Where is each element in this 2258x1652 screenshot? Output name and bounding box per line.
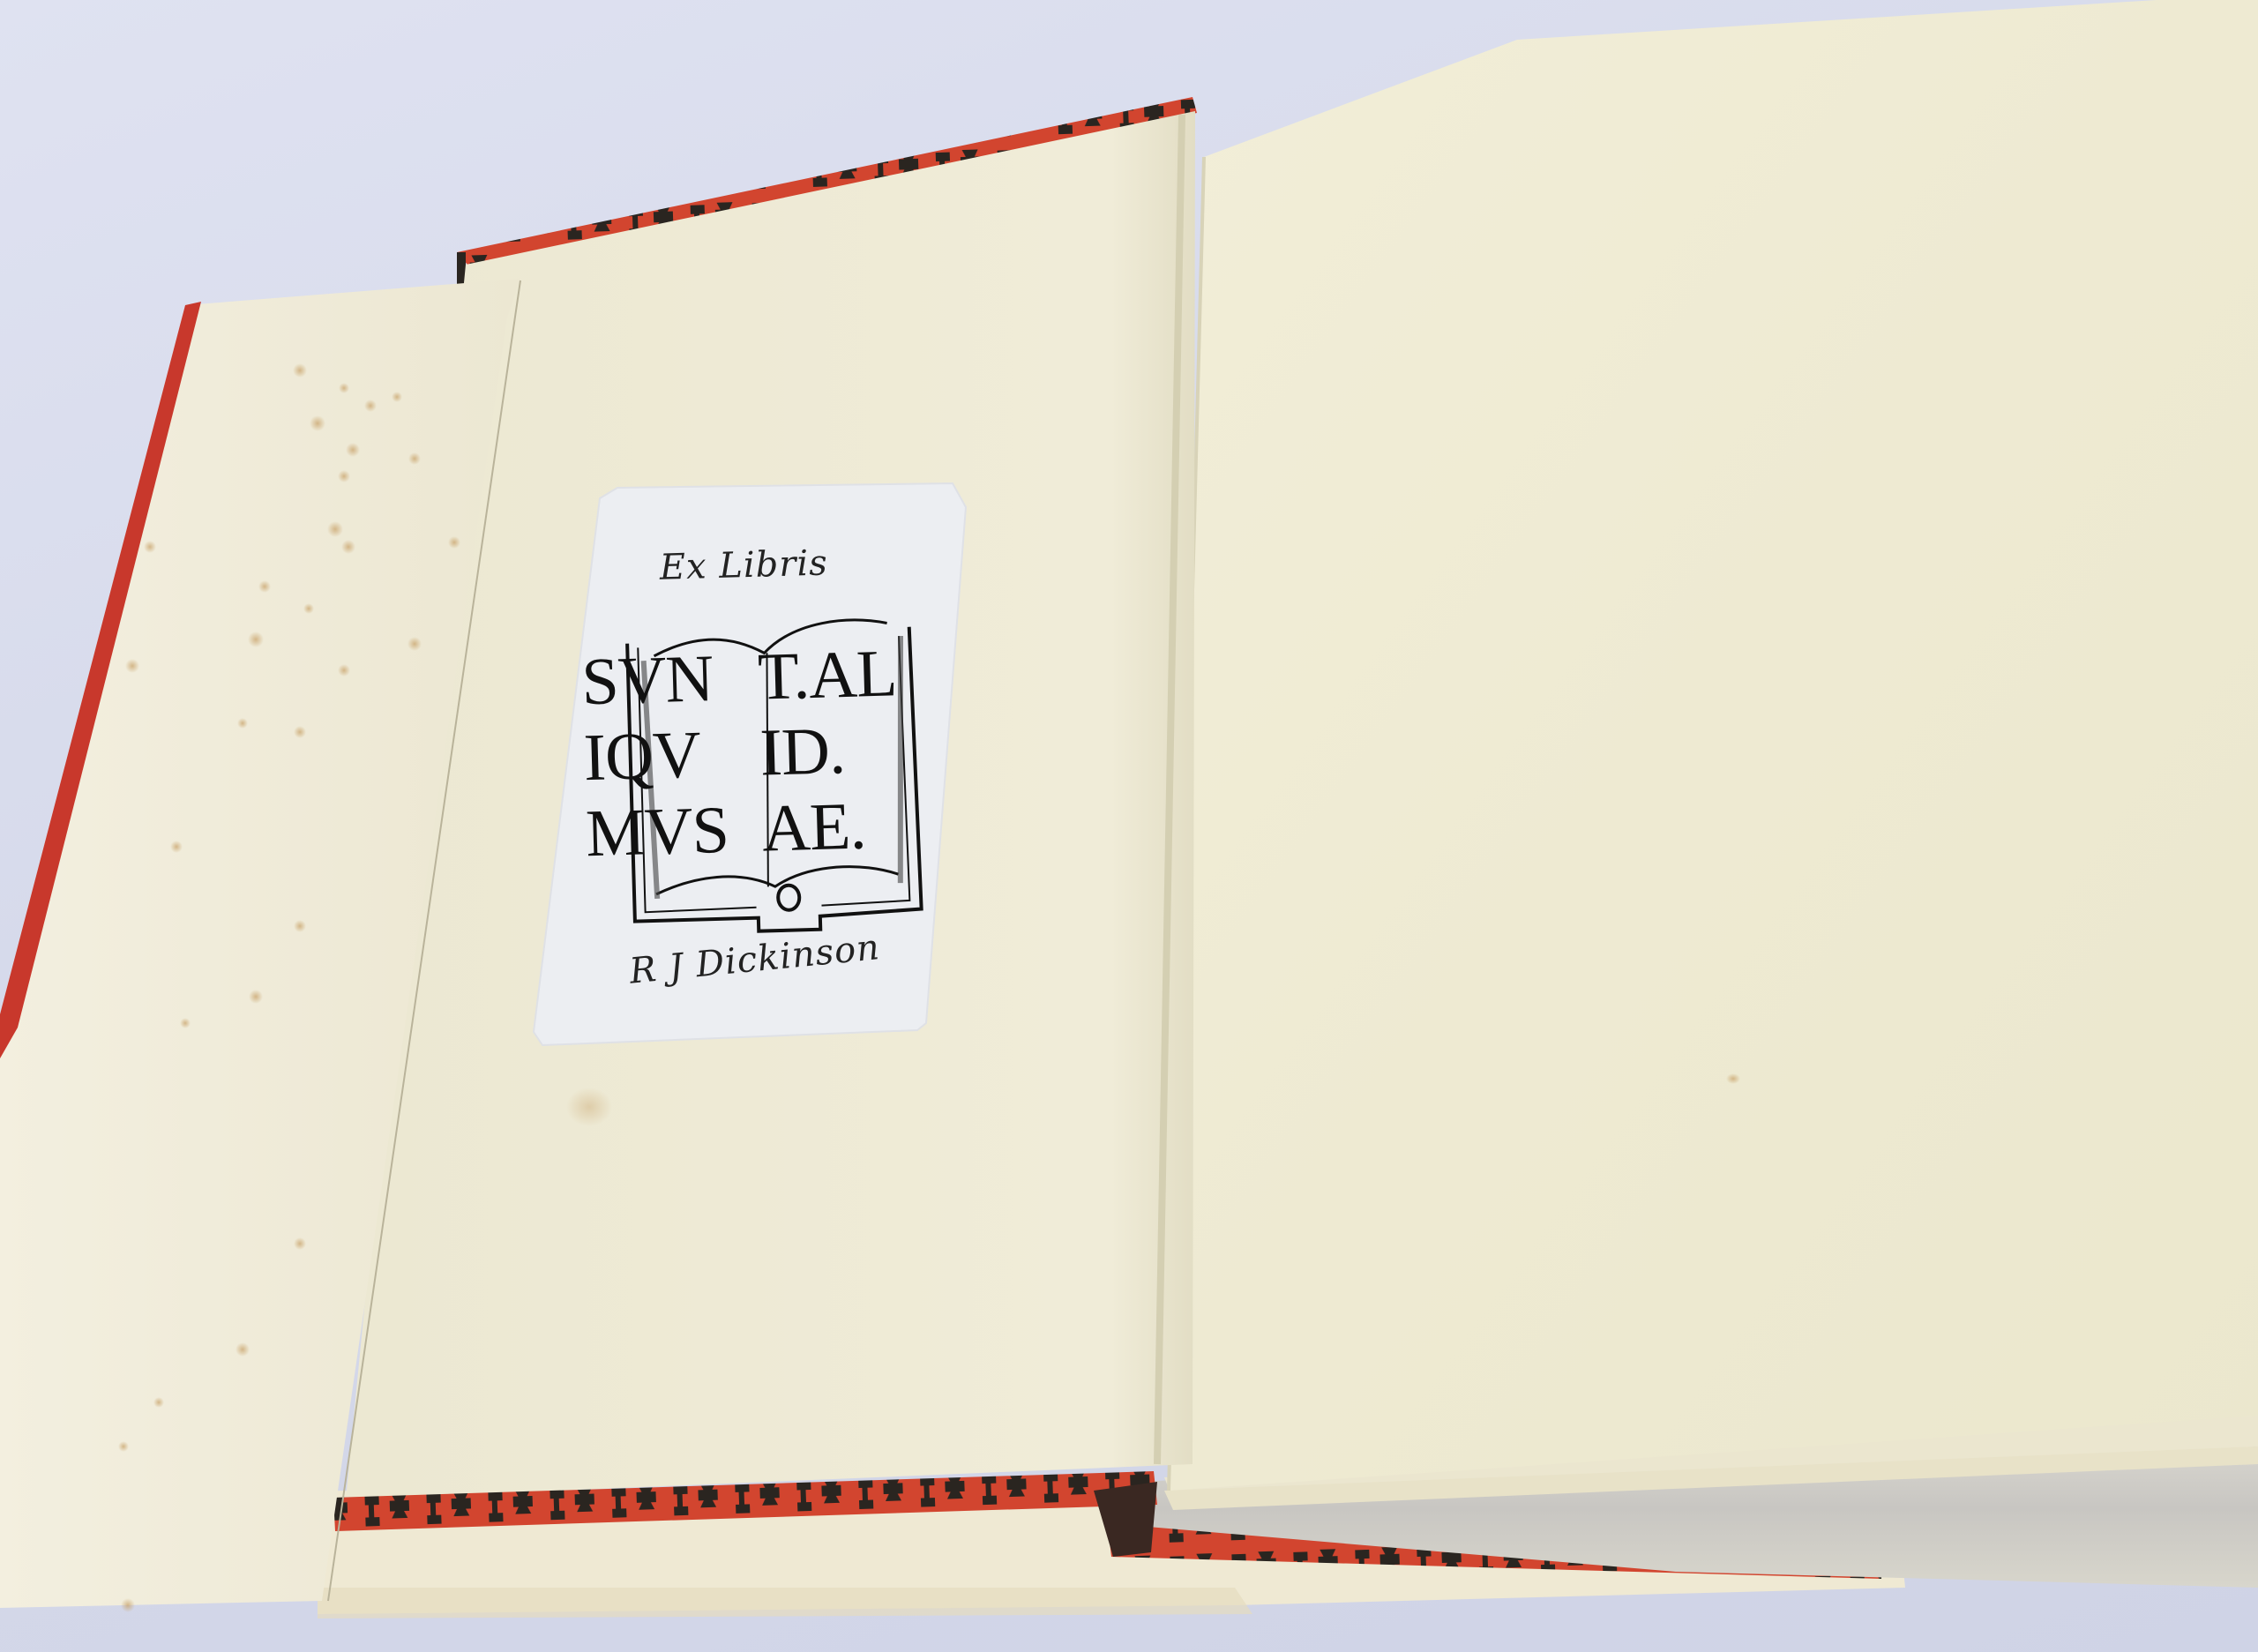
book-photo-scene [0,0,2258,1652]
right-page [1169,0,2258,1491]
